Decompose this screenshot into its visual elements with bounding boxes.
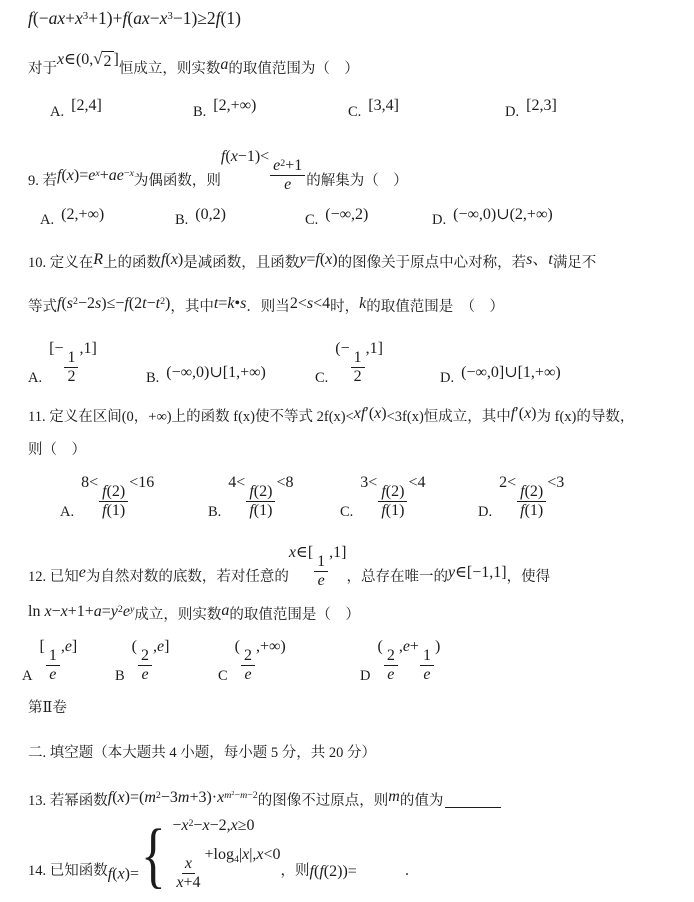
- section2-title: 第Ⅱ卷: [28, 698, 67, 719]
- q11-text-4: 则（ ）: [28, 440, 86, 461]
- q9-stem-line: 9. 若 f(x)=ex+ae−x 为偶函数，则 f(x−1)<e2+1e 的解…: [28, 136, 408, 192]
- q12-option-d: D (2e,e+1e): [360, 637, 440, 686]
- option-label: C.: [340, 503, 353, 522]
- option-value: [3,4]: [368, 96, 399, 116]
- q8-range-formula: x∈(0,√2]: [57, 50, 119, 72]
- q11-text-3: 为 f(x)的导数，: [537, 407, 635, 428]
- option-label: B: [115, 667, 125, 686]
- q9-function-def: f(x)=ex+ae−x: [57, 166, 134, 186]
- option-label: A: [22, 667, 32, 686]
- q8-option-b: B. [2,+∞): [193, 96, 256, 122]
- q8-stem-text-3: 的取值范围为（ ）: [228, 59, 359, 80]
- option-value: (2e,e+1e): [377, 637, 440, 684]
- q11-text-2: <3f(x)恒成立，其中: [387, 407, 511, 428]
- option-label: D: [360, 667, 370, 686]
- option-value: [1e,e]: [39, 637, 77, 684]
- option-value: (−∞,0)∪(2,+∞): [453, 205, 553, 225]
- q12-options-row: A [1e,e] B (2e,e] C (2e,+∞) D (2e,e+1e): [0, 634, 694, 686]
- q13-answer-blank: [445, 807, 501, 808]
- q14-text-2: ，则: [281, 861, 310, 882]
- q10-line1: 10. 定义在 R 上的函数 f(x) 是减函数，且函数 y=f(x) 的图像关…: [28, 244, 596, 274]
- exam-page: f(−ax+x3+1)+f(ax−x3−1)≥2f(1) 对于 x∈(0,√2]…: [0, 0, 694, 902]
- option-label: D.: [505, 103, 519, 122]
- q10-text-5: 满足不: [553, 253, 597, 274]
- q13-text-2: 的图像不过原点，则: [258, 791, 389, 812]
- q11-options-row: A. 8<f(2)f(1)<16 B. 4<f(2)f(1)<8 C. 3<f(…: [0, 460, 694, 522]
- option-value: [2,+∞): [213, 96, 256, 116]
- q10-line2: 等式 f(s2−2s)≤−f(2t−t2) ，其中 t=k•s ．则当 2<s<…: [28, 286, 504, 318]
- q12-math-a: a: [221, 601, 229, 621]
- q8-var-a: a: [220, 55, 228, 75]
- option-label: D.: [478, 503, 492, 522]
- q14-math-ff2: f(f(2))=: [310, 862, 357, 882]
- option-label: C.: [305, 211, 318, 230]
- q12-option-a: A [1e,e]: [22, 637, 77, 686]
- q9-option-b: B. (0,2): [175, 205, 226, 230]
- q13-number: 13. 若幂函数: [28, 791, 108, 812]
- q11-line2: 则（ ）: [28, 437, 86, 461]
- option-label: A.: [60, 503, 74, 522]
- q9-number: 9. 若: [28, 171, 57, 192]
- option-label: D.: [432, 211, 446, 230]
- q11-option-a: A. 8<f(2)f(1)<16: [60, 473, 154, 522]
- option-value: [2,4]: [71, 96, 102, 116]
- q8-option-a: A. [2,4]: [50, 96, 102, 122]
- q13-text-3: 的值为: [400, 791, 444, 812]
- option-value: 3<f(2)f(1)<4: [360, 473, 425, 520]
- q10-text-7: ，其中: [170, 297, 214, 318]
- option-label: B.: [175, 211, 188, 230]
- q10-math-yfx: y=f(x): [299, 250, 337, 270]
- option-label: B.: [208, 503, 221, 522]
- q10-text-10: 的取值范围是 （ ）: [366, 297, 504, 318]
- q10-math-tks: t=k•s: [214, 294, 246, 314]
- q13-line: 13. 若幂函数 f(x)=(m2−3m+3)·xm2−m−2 的图像不过原点，…: [28, 778, 503, 812]
- q8-formula-line: f(−ax+x3+1)+f(ax−x3−1)≥2f(1): [28, 8, 241, 30]
- q11-option-b: B. 4<f(2)f(1)<8: [208, 473, 293, 522]
- q12-text-6: 的取值范围是（ ）: [229, 605, 360, 626]
- option-label: B.: [146, 369, 159, 388]
- q10-inequality: f(s2−2s)≤−f(2t−t2): [57, 294, 170, 314]
- q10-text-6: 等式: [28, 297, 57, 318]
- q10-option-c: C. (−12,1]: [315, 339, 383, 388]
- option-label: A.: [50, 103, 64, 122]
- q9-stem-text-3: 的解集为（ ）: [306, 171, 408, 192]
- q11-option-c: C. 3<f(2)f(1)<4: [340, 473, 425, 522]
- q11-math-fpx: f′(x): [511, 404, 537, 424]
- q10-math-k: k: [359, 294, 366, 314]
- option-value: (−∞,0]∪[1,+∞): [461, 363, 561, 383]
- q12-line2: ln x−x+1+a=y2ey 成立，则实数 a 的取值范围是（ ）: [28, 594, 360, 626]
- option-value: (0,2): [195, 205, 226, 225]
- q13-math-m: m: [388, 787, 400, 807]
- fill-in-heading-line: 二. 填空题（本大题共 4 小题，每小题 5 分，共 20 分）: [28, 743, 376, 764]
- q9-inequality: f(x−1)<e2+1e: [221, 147, 306, 194]
- option-value: (−∞,0)∪[1,+∞): [166, 363, 266, 383]
- option-label: A.: [40, 211, 54, 230]
- q12-text-4: ，使得: [507, 567, 551, 588]
- option-value: [2,3]: [526, 96, 557, 116]
- q9-stem-text-2: 为偶函数，则: [134, 171, 221, 192]
- q10-option-b: B. (−∞,0)∪[1,+∞): [146, 363, 266, 388]
- option-value: [−12,1]: [49, 339, 97, 386]
- option-value: 8<f(2)f(1)<16: [81, 473, 154, 520]
- q13-power-function: f(x)=(m2−3m+3)·xm2−m−2: [108, 788, 258, 808]
- option-value: (2e,e]: [132, 637, 170, 684]
- q8-stem-text-1: 对于: [28, 59, 57, 80]
- q11-line1: 11. 定义在区间(0，+∞)上的函数 f(x)使不等式 2f(x)< xf′(…: [28, 398, 634, 428]
- q9-options-row: A. (2,+∞) B. (0,2) C. (−∞,2) D. (−∞,0)∪(…: [0, 196, 694, 230]
- option-value: (2e,+∞): [235, 637, 286, 684]
- option-value: 4<f(2)f(1)<8: [228, 473, 293, 520]
- q10-text-2: 上的函数: [103, 253, 161, 274]
- q10-math-R: R: [93, 250, 103, 270]
- option-value: (−12,1]: [335, 339, 383, 386]
- section2-title-line: 第Ⅱ卷: [28, 698, 67, 719]
- q10-option-d: D. (−∞,0]∪[1,+∞): [440, 363, 561, 388]
- option-label: B.: [193, 103, 206, 122]
- q12-option-b: B (2e,e]: [115, 637, 169, 686]
- q12-text-2: 为自然对数的底数，若对任意的: [86, 567, 289, 588]
- q8-option-d: D. [2,3]: [505, 96, 557, 122]
- q8-option-c: C. [3,4]: [348, 96, 399, 122]
- q8-stem-text-2: 恒成立，则实数: [119, 59, 221, 80]
- q9-option-a: A. (2,+∞): [40, 205, 104, 230]
- option-label: A.: [28, 369, 42, 388]
- q10-text-9: 时，: [330, 297, 359, 318]
- q12-text-5: 成立，则实数: [134, 605, 221, 626]
- q12-math-e: e: [79, 563, 86, 583]
- option-value: 2<f(2)f(1)<3: [499, 473, 564, 520]
- q10-math-fx: f(x): [161, 250, 183, 270]
- q10-option-a: A. [−12,1]: [28, 339, 97, 388]
- q12-math-yrange: y∈[−1,1]: [448, 563, 507, 583]
- q11-math-xfpx: xf′(x): [354, 404, 387, 424]
- q8-stem-line: 对于 x∈(0,√2] 恒成立，则实数 a 的取值范围为（ ）: [28, 42, 359, 80]
- option-value: (−∞,2): [325, 205, 368, 225]
- q10-math-st: s、t: [526, 250, 553, 270]
- q10-text-3: 是减函数，且函数: [183, 253, 299, 274]
- q12-option-c: C (2e,+∞): [218, 637, 286, 686]
- q10-options-row: A. [−12,1] B. (−∞,0)∪[1,+∞) C. (−12,1] D…: [0, 328, 694, 388]
- option-value: (2,+∞): [61, 205, 104, 225]
- q9-option-c: C. (−∞,2): [305, 205, 368, 230]
- q8-options-row: A. [2,4] B. [2,+∞) C. [3,4] D. [2,3]: [0, 86, 694, 122]
- q12-number: 12. 已知: [28, 567, 79, 588]
- q12-math-xrange: x∈[1e,1]: [289, 543, 347, 590]
- q14-line: 14. 已知函数 f(x)={−x2−x−2,x≥0xx+4+log4|x|,x…: [28, 812, 419, 890]
- q10-number: 10. 定义在: [28, 253, 93, 274]
- q8-formula: f(−ax+x3+1)+f(ax−x3−1)≥2f(1): [28, 8, 241, 30]
- q11-option-d: D. 2<f(2)f(1)<3: [478, 473, 564, 522]
- q14-period: ．: [405, 861, 420, 882]
- fill-in-heading: 二. 填空题（本大题共 4 小题，每小题 5 分，共 20 分）: [28, 743, 376, 764]
- q9-option-d: D. (−∞,0)∪(2,+∞): [432, 205, 553, 230]
- q14-number: 14. 已知函数: [28, 861, 108, 882]
- option-label: C.: [348, 103, 361, 122]
- option-label: C: [218, 667, 228, 686]
- q12-text-3: ，总存在唯一的: [346, 567, 448, 588]
- q11-text-1: 11. 定义在区间(0，+∞)上的函数 f(x)使不等式 2f(x)<: [28, 407, 354, 428]
- q12-equation: ln x−x+1+a=y2ey: [28, 602, 134, 622]
- q14-piecewise-function: f(x)={−x2−x−2,x≥0xx+4+log4|x|,x<0: [108, 816, 281, 892]
- option-label: C.: [315, 369, 328, 388]
- q12-line1: 12. 已知 e 为自然对数的底数，若对任意的 x∈[1e,1] ，总存在唯一的…: [28, 536, 550, 588]
- option-label: D.: [440, 369, 454, 388]
- q10-text-4: 的图像关于原点中心对称，若: [338, 253, 527, 274]
- q10-math-2s4: 2<s<4: [290, 294, 330, 314]
- q10-text-8: ．则当: [246, 297, 290, 318]
